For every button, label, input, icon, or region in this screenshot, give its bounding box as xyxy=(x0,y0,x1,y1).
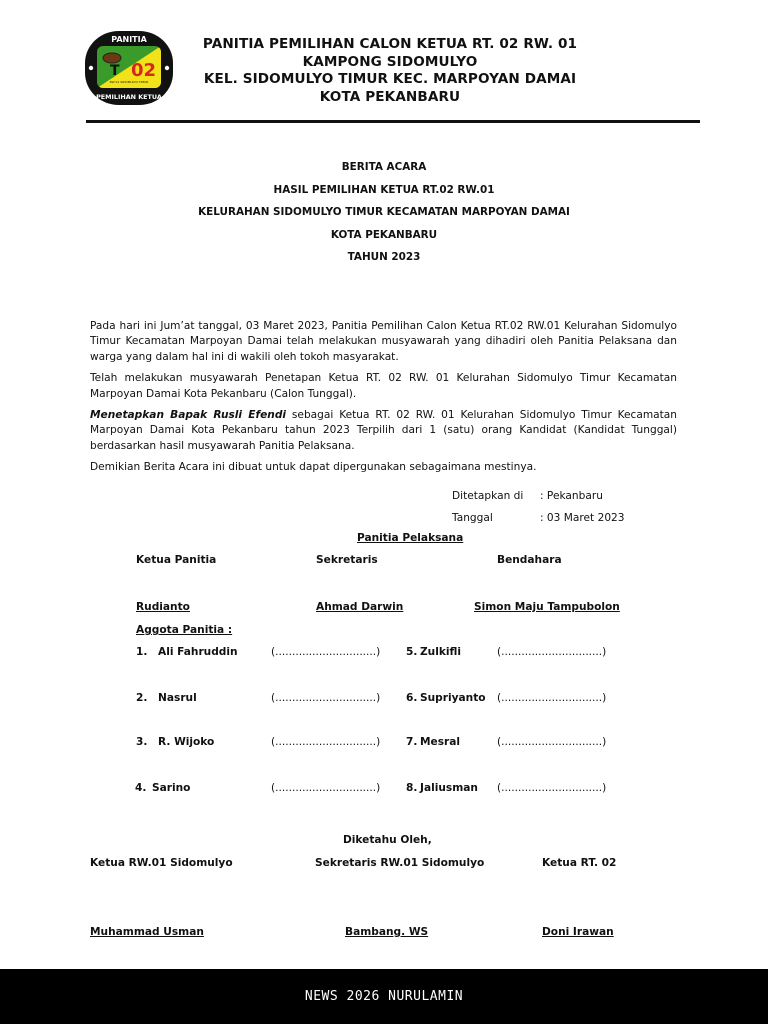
document-page: T 02 RW 01 SIDOMULYO TIMUR PANITIA PEMIL… xyxy=(0,0,768,969)
signer-title: Ketua RT. 02 xyxy=(542,856,616,870)
letterhead-text: PANITIA PEMILIHAN CALON KETUA RT. 02 RW.… xyxy=(190,36,590,106)
place-date-block: Ditetapkan di: Pekanbaru Tanggal: 03 Mar… xyxy=(452,485,625,529)
member-number: 1. xyxy=(136,645,147,659)
member-number: 5. xyxy=(406,645,417,659)
title-line: HASIL PEMILIHAN KETUA RT.02 RW.01 xyxy=(0,183,768,206)
member-number: 8. xyxy=(406,781,417,795)
svg-text:02: 02 xyxy=(131,60,156,81)
letterhead-line: KEL. SIDOMULYO TIMUR KEC. MARPOYAN DAMAI xyxy=(190,71,590,89)
letterhead-divider xyxy=(86,120,700,123)
signature-blank: (..............................) xyxy=(271,645,380,659)
svg-text:PEMILIHAN KETUA: PEMILIHAN KETUA xyxy=(96,93,162,101)
role-title: Sekretaris xyxy=(316,553,378,567)
member-number: 3. xyxy=(136,735,147,749)
member-name: Ali Fahruddin xyxy=(158,645,238,659)
title-line: KELURAHAN SIDOMULYO TIMUR KECAMATAN MARP… xyxy=(0,205,768,228)
member-name: Zulkifli xyxy=(420,645,461,659)
signature-blank: (..............................) xyxy=(271,691,380,705)
signer-name: Bambang. WS xyxy=(345,925,428,939)
signature-blank: (..............................) xyxy=(271,781,380,795)
date-value: : 03 Maret 2023 xyxy=(540,507,625,529)
letterhead-line: PANITIA PEMILIHAN CALON KETUA RT. 02 RW.… xyxy=(190,36,590,54)
caption-text: NEWS 2026 NURULAMIN xyxy=(0,989,768,1004)
role-title: Bendahara xyxy=(497,553,562,567)
signature-blank: (..............................) xyxy=(271,735,380,749)
paragraph-decision: Menetapkan Bapak Rusli Efendi sebagai Ke… xyxy=(90,408,677,454)
member-name: Supriyanto xyxy=(420,691,486,705)
signature-blank: (..............................) xyxy=(497,735,606,749)
member-number: 6. xyxy=(406,691,417,705)
paragraph-opening: Pada hari ini Jum’at tanggal, 03 Maret 2… xyxy=(90,319,677,365)
paragraph-closing: Demikian Berita Acara ini dibuat untuk d… xyxy=(90,460,677,475)
paragraph-deliberation: Telah melakukan musyawarah Penetapan Ket… xyxy=(90,371,677,402)
member-number: 7. xyxy=(406,735,417,749)
svg-text:PANITIA: PANITIA xyxy=(111,35,147,44)
letterhead-line: KAMPONG SIDOMULYO xyxy=(190,54,590,72)
role-name: Rudianto xyxy=(136,600,190,614)
role-title: Ketua Panitia xyxy=(136,553,216,567)
member-name: Nasrul xyxy=(158,691,197,705)
member-number: 2. xyxy=(136,691,147,705)
committee-emblem-icon: T 02 RW 01 SIDOMULYO TIMUR PANITIA PEMIL… xyxy=(84,30,174,106)
date-label: Tanggal xyxy=(452,507,540,529)
signer-name: Muhammad Usman xyxy=(90,925,204,939)
role-name: Ahmad Darwin xyxy=(316,600,403,614)
signer-title: Ketua RW.01 Sidomulyo xyxy=(90,856,233,870)
title-line: BERITA ACARA xyxy=(0,160,768,183)
title-line: KOTA PEKANBARU xyxy=(0,228,768,251)
acknowledged-heading: Diketahu Oleh, xyxy=(343,833,432,847)
member-name: Sarino xyxy=(152,781,190,795)
decision-emphasis: Menetapkan Bapak Rusli Efendi xyxy=(90,409,286,421)
signer-title: Sekretaris RW.01 Sidomulyo xyxy=(315,856,484,870)
body-text: Pada hari ini Jum’at tanggal, 03 Maret 2… xyxy=(90,319,677,482)
signature-blank: (..............................) xyxy=(497,645,606,659)
place-value: : Pekanbaru xyxy=(540,485,603,507)
caption-bar: NEWS 2026 NURULAMIN xyxy=(0,969,768,1024)
member-name: R. Wijoko xyxy=(158,735,214,749)
members-heading: Aggota Panitia : xyxy=(136,623,232,637)
member-number: 4. xyxy=(135,781,146,795)
member-name: Jaliusman xyxy=(420,781,478,795)
signer-name: Doni Irawan xyxy=(542,925,614,939)
svg-text:RW 01 SIDOMULYO TIMUR: RW 01 SIDOMULYO TIMUR xyxy=(110,80,149,84)
committee-heading: Panitia Pelaksana xyxy=(357,531,463,545)
signature-blank: (..............................) xyxy=(497,691,606,705)
place-label: Ditetapkan di xyxy=(452,485,540,507)
role-name: Simon Maju Tampubolon xyxy=(474,600,620,614)
member-name: Mesral xyxy=(420,735,460,749)
letterhead-line: KOTA PEKANBARU xyxy=(190,89,590,107)
document-title: BERITA ACARA HASIL PEMILIHAN KETUA RT.02… xyxy=(0,160,768,273)
svg-text:T: T xyxy=(110,63,120,79)
title-line: TAHUN 2023 xyxy=(0,250,768,273)
signature-blank: (..............................) xyxy=(497,781,606,795)
